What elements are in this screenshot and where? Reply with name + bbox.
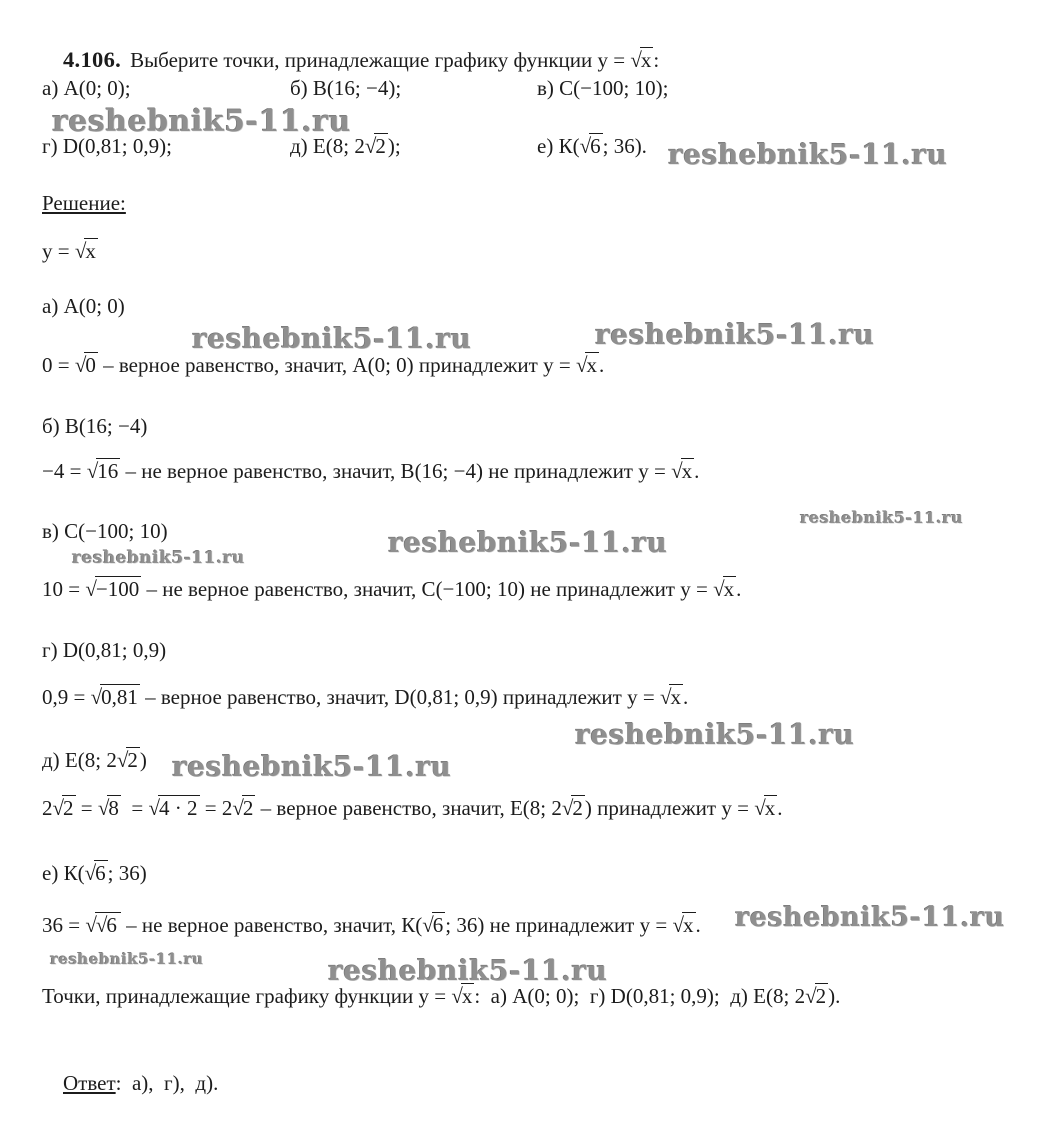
watermark: reshebnik5-11.ru	[172, 750, 451, 783]
sqrt-expression: √8	[98, 796, 121, 820]
radicand: 6	[105, 912, 119, 937]
sqrt-expression: √x	[713, 577, 736, 601]
sqrt-expression: √6	[580, 134, 603, 158]
step-a-head: а) A(0; 0)	[42, 293, 125, 320]
sqrt-expression: √x	[75, 239, 98, 263]
radicand: x	[585, 352, 599, 377]
option-g: г) D(0,81; 0,9);	[42, 133, 172, 160]
radicand: 6	[432, 912, 446, 937]
watermark: reshebnik5-11.ru	[192, 322, 471, 355]
step-a-body: 0 = √0 – верное равенство, значит, A(0; …	[42, 352, 604, 379]
sqrt-expression: √16	[87, 459, 121, 483]
sqrt-expression: √2	[365, 134, 388, 158]
sqrt-expression: √x	[660, 685, 683, 709]
sqrt-expression: √2	[232, 796, 255, 820]
sqrt-expression: √√6	[85, 913, 121, 937]
step-v-body: 10 = √−100 – не верное равенство, значит…	[42, 576, 741, 603]
option-v: в) C(−100; 10);	[537, 75, 668, 102]
sqrt-expression: √x	[754, 796, 777, 820]
answer-line: Ответ: а), г), д).	[42, 1043, 218, 1122]
radicand: 16	[96, 458, 120, 483]
summary-line: Точки, принадлежащие графику функции y =…	[42, 983, 840, 1010]
step-b-body: −4 = √16 – не верное равенство, значит, …	[42, 458, 699, 485]
sqrt-expression: √0	[75, 353, 98, 377]
problem-statement: Выберите точки, принадлежащие графику фу…	[130, 48, 659, 72]
watermark: reshebnik5-11.ru	[50, 950, 203, 968]
step-d-body: 2√2 = √8 = √4 · 2 = 2√2 – верное равенст…	[42, 795, 782, 822]
step-e-head: е) К(√6; 36)	[42, 860, 147, 887]
watermark: reshebnik5-11.ru	[735, 902, 1005, 933]
watermark: reshebnik5-11.ru	[668, 138, 947, 171]
step-v-head: в) C(−100; 10)	[42, 518, 168, 545]
sqrt-expression: √6	[422, 913, 445, 937]
answer-text: : а), г), д).	[116, 1071, 219, 1095]
radicand: x	[764, 795, 778, 820]
option-d: д) E(8; 2√2);	[290, 133, 401, 160]
radicand: 2	[242, 795, 256, 820]
function-definition: y = √x	[42, 238, 98, 265]
sqrt-expression: √x	[630, 48, 653, 72]
radicand: −100	[95, 576, 141, 601]
radicand: 6	[589, 133, 603, 158]
watermark: reshebnik5-11.ru	[595, 318, 874, 351]
answer-label: Ответ	[63, 1071, 116, 1095]
sqrt-expression: √x	[451, 984, 474, 1008]
sqrt-expression: √2	[53, 796, 76, 820]
sqrt-expression: √2	[117, 748, 140, 772]
document-page: reshebnik5-11.rureshebnik5-11.rureshebni…	[0, 0, 1038, 1122]
radicand: 2	[126, 747, 140, 772]
radicand: 2	[62, 795, 76, 820]
step-g-head: г) D(0,81; 0,9)	[42, 637, 166, 664]
option-a: а) A(0; 0);	[42, 75, 131, 102]
sqrt-expression: √x	[576, 353, 599, 377]
radicand: x	[640, 47, 654, 72]
sqrt-expression: √4 · 2	[149, 796, 200, 820]
radicand: x	[461, 983, 475, 1008]
problem-number: 4.106.	[63, 47, 121, 72]
solution-heading: Решение:	[42, 190, 126, 217]
radicand: 0,81	[100, 684, 140, 709]
sqrt-expression: √x	[671, 459, 694, 483]
radicand: 2	[571, 795, 585, 820]
step-g-body: 0,9 = √0,81 – верное равенство, значит, …	[42, 684, 688, 711]
radicand: 2	[374, 133, 388, 158]
sqrt-expression: √x	[672, 913, 695, 937]
sqrt-expression: √−100	[85, 577, 141, 601]
sqrt-expression: √6	[85, 861, 108, 885]
step-d-head: д) E(8; 2√2)	[42, 747, 147, 774]
radicand: 2	[815, 983, 829, 1008]
sqrt-expression: √6	[96, 913, 119, 937]
step-e-body: 36 = √√6 – не верное равенство, значит, …	[42, 912, 701, 939]
radicand: x	[723, 576, 737, 601]
sqrt-expression: √0,81	[91, 685, 140, 709]
watermark: reshebnik5-11.ru	[72, 548, 245, 568]
watermark: reshebnik5-11.ru	[800, 508, 963, 527]
sqrt-expression: √2	[805, 984, 828, 1008]
radicand: 6	[94, 860, 108, 885]
watermark: reshebnik5-11.ru	[388, 526, 667, 559]
step-b-head: б) B(16; −4)	[42, 413, 147, 440]
radicand: x	[682, 912, 696, 937]
sqrt-expression: √2	[562, 796, 585, 820]
radicand: 4 · 2	[158, 795, 200, 820]
radicand: x	[84, 238, 98, 263]
radicand: √6	[95, 912, 121, 937]
watermark: reshebnik5-11.ru	[575, 718, 854, 751]
option-b: б) B(16; −4);	[290, 75, 401, 102]
radicand: x	[669, 684, 683, 709]
radicand: 8	[107, 795, 121, 820]
option-e: е) К(√6; 36).	[537, 133, 647, 160]
radicand: x	[681, 458, 695, 483]
radicand: 0	[84, 352, 98, 377]
